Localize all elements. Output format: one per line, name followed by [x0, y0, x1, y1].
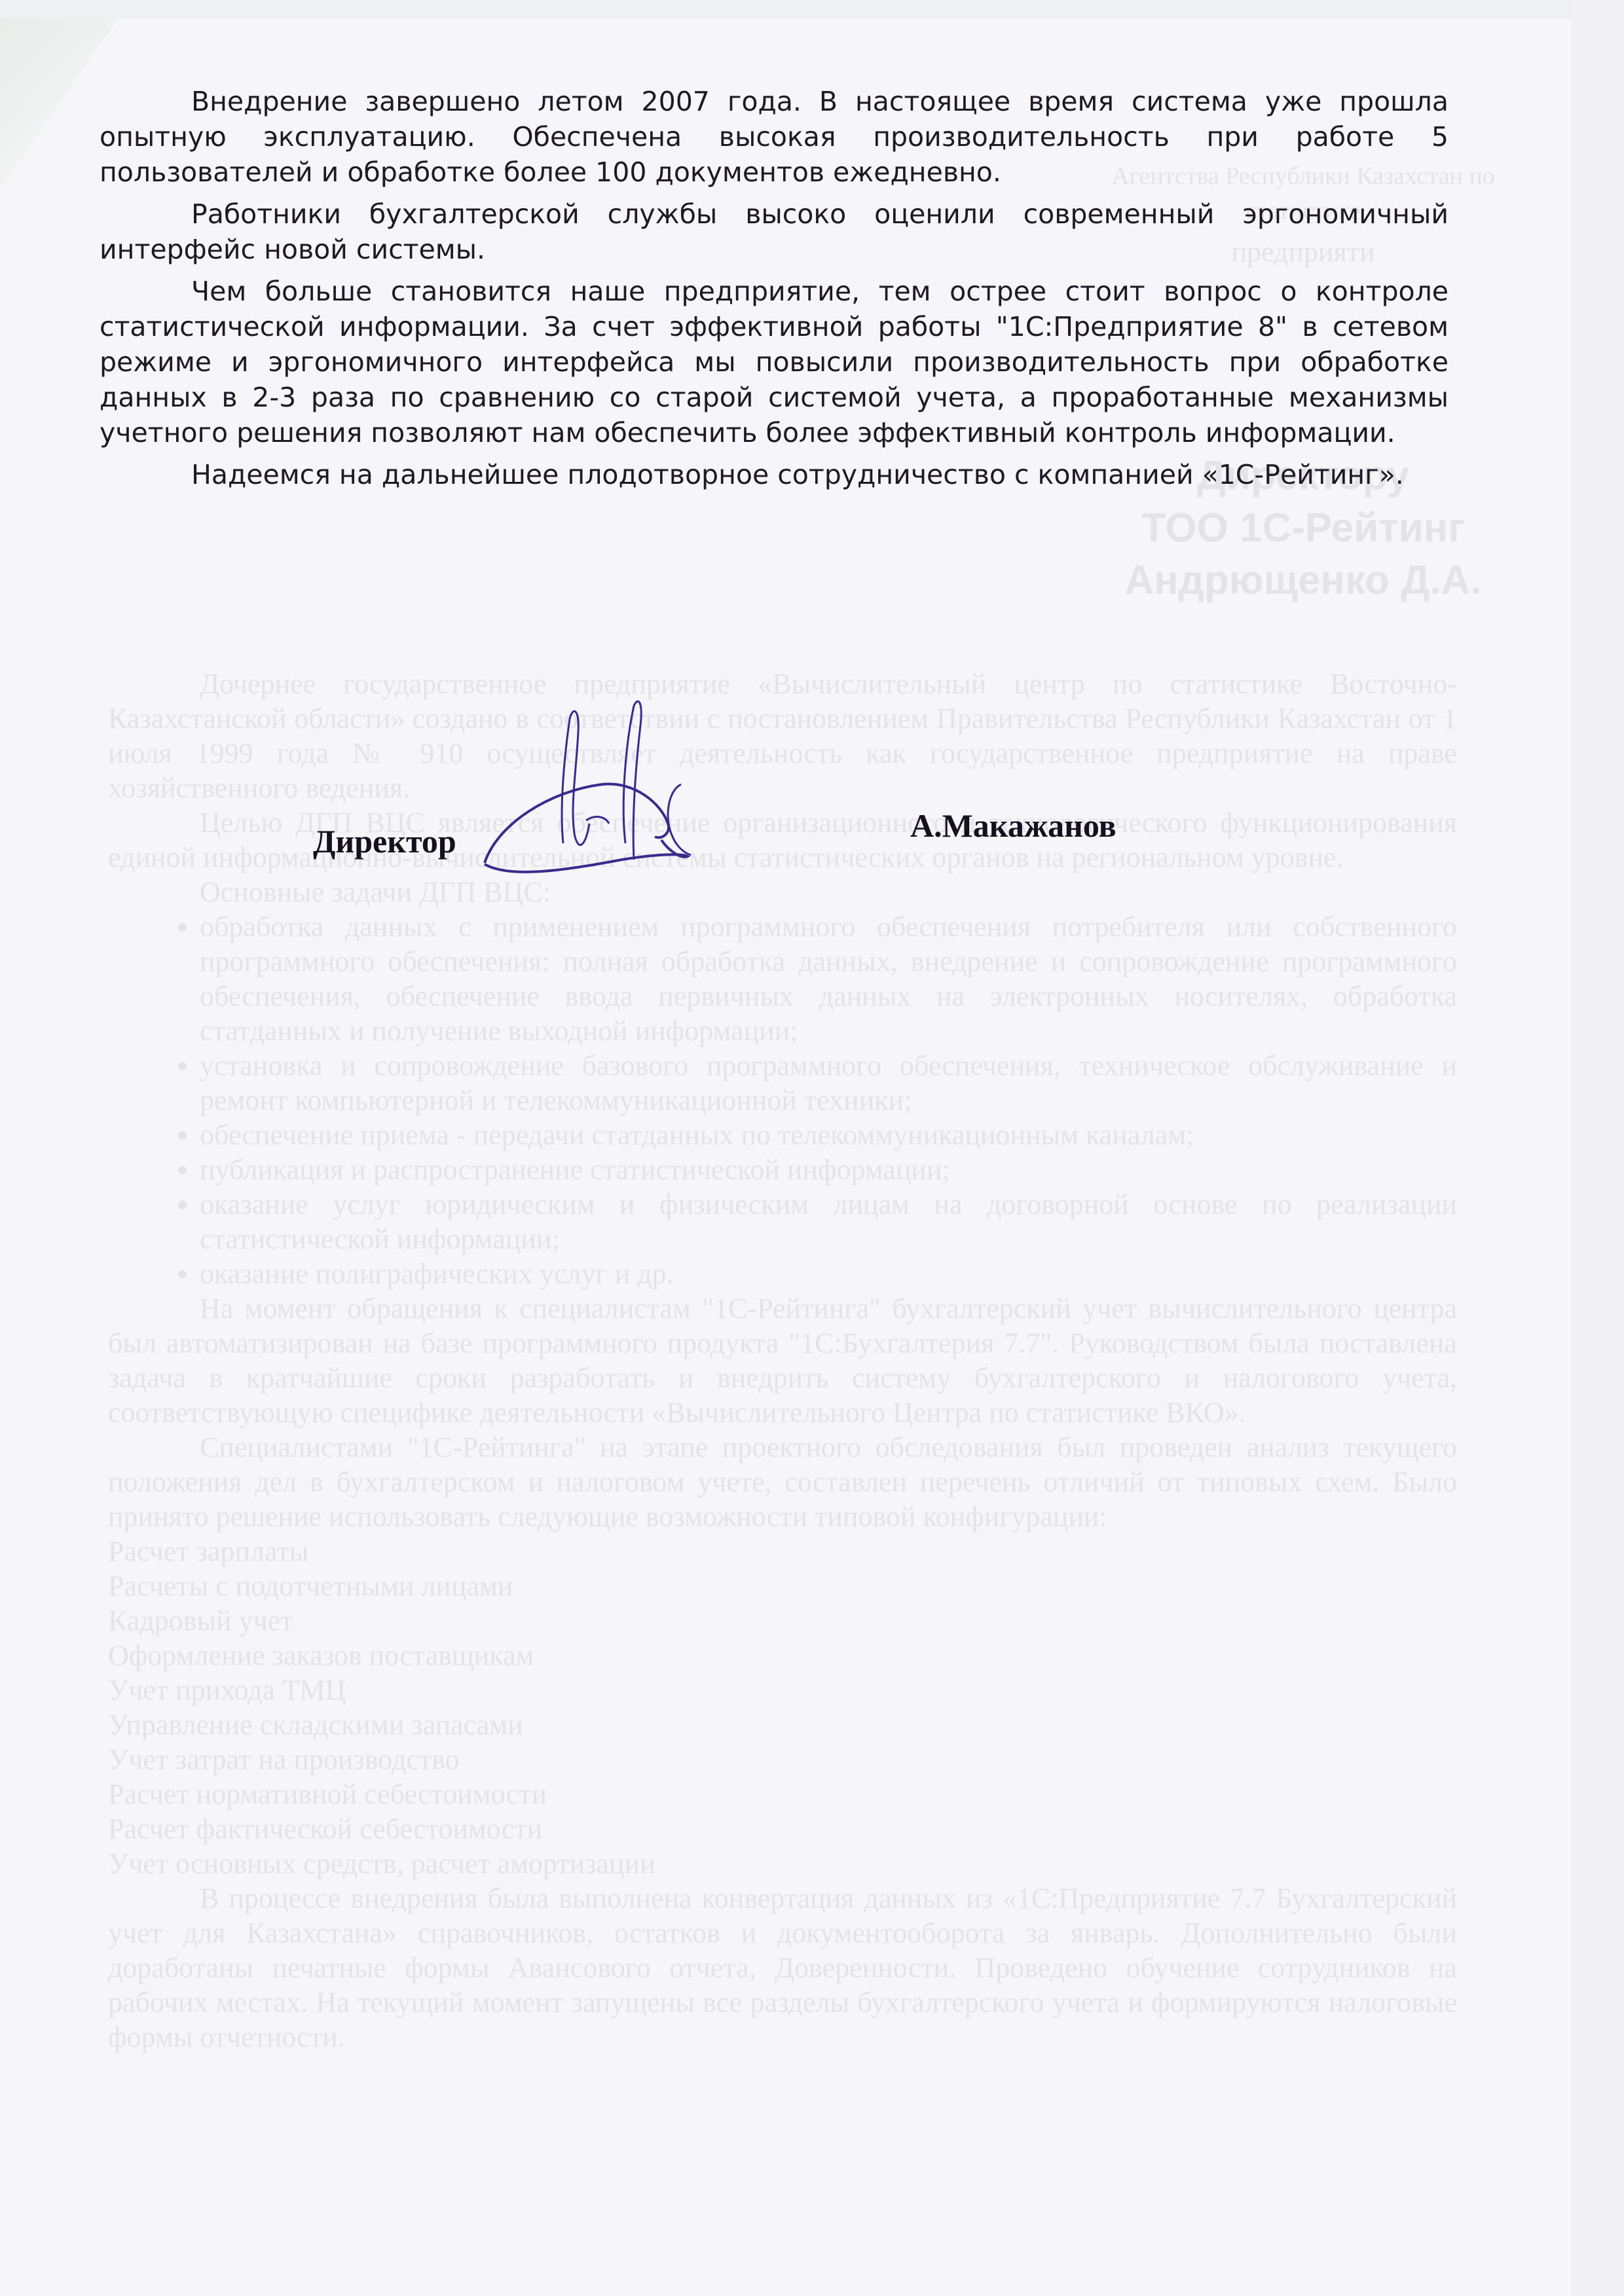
ghost-feature: Расчет нормативной себестоимости	[108, 1777, 1457, 1812]
ghost-feature: Расчет фактической себестоимости	[108, 1812, 1457, 1846]
signature-block: Директор А.Макажанов	[0, 797, 1572, 883]
ghost-feature: Оформление заказов поставщикам	[108, 1638, 1457, 1673]
ghost-feature: Учет основных средств, расчет амортизаци…	[108, 1846, 1457, 1881]
ghost-list-item: обработка данных с применением программн…	[200, 909, 1457, 1048]
ghost-feature: Расчет зарплаты	[108, 1534, 1457, 1569]
ghost-feature: Кадровый учет	[108, 1603, 1457, 1638]
paragraph-implementation: Внедрение завершено летом 2007 года. В н…	[100, 84, 1449, 190]
ghost-task-list: обработка данных с применением программн…	[108, 909, 1457, 1291]
handwritten-signature-icon	[471, 693, 812, 889]
ghost-list-item: оказание услуг юридическим и физическим …	[200, 1187, 1457, 1256]
letter-body: Внедрение завершено летом 2007 года. В н…	[100, 84, 1449, 499]
signer-name: А.Макажанов	[910, 807, 1116, 845]
paragraph-interface: Работники бухгалтерской службы высоко оц…	[100, 196, 1449, 267]
paragraph-cooperation: Надеемся на дальнейшее плодотворное сотр…	[100, 457, 1449, 492]
ghost-addressee-line: ТОО 1С-Рейтинг	[1074, 503, 1532, 554]
ghost-feature: Расчеты с подотчетными лицами	[108, 1569, 1457, 1603]
ghost-list-item: установка и сопровождение базового прогр…	[200, 1048, 1457, 1118]
paragraph-performance: Чем больше становится наше предприятие, …	[100, 274, 1449, 450]
ghost-feature: Учет затрат на производство	[108, 1742, 1457, 1777]
letter-page: Агентства Республики Казахстан по статис…	[0, 18, 1572, 2296]
ghost-list-item: обеспечение приема - передачи статданных…	[200, 1118, 1457, 1152]
scanner-background	[1572, 0, 1624, 2296]
ghost-paragraph: В процессе внедрения была выполнена конв…	[108, 1881, 1457, 2054]
ghost-addressee-line: Андрющенко Д.А.	[1074, 555, 1532, 606]
ghost-list-item: публикация и распространение статистичес…	[200, 1152, 1457, 1187]
ghost-feature: Управление складскими запасами	[108, 1707, 1457, 1742]
ghost-list-item: оказание полиграфических услуг и др.	[200, 1256, 1457, 1291]
ghost-paragraph: Специалистами "1С-Рейтинга" на этапе про…	[108, 1430, 1457, 1534]
ghost-paragraph: На момент обращения к специалистам "1С-Р…	[108, 1291, 1457, 1430]
ghost-feature: Учет прихода ТМЦ	[108, 1673, 1457, 1707]
signer-title: Директор	[313, 822, 456, 860]
